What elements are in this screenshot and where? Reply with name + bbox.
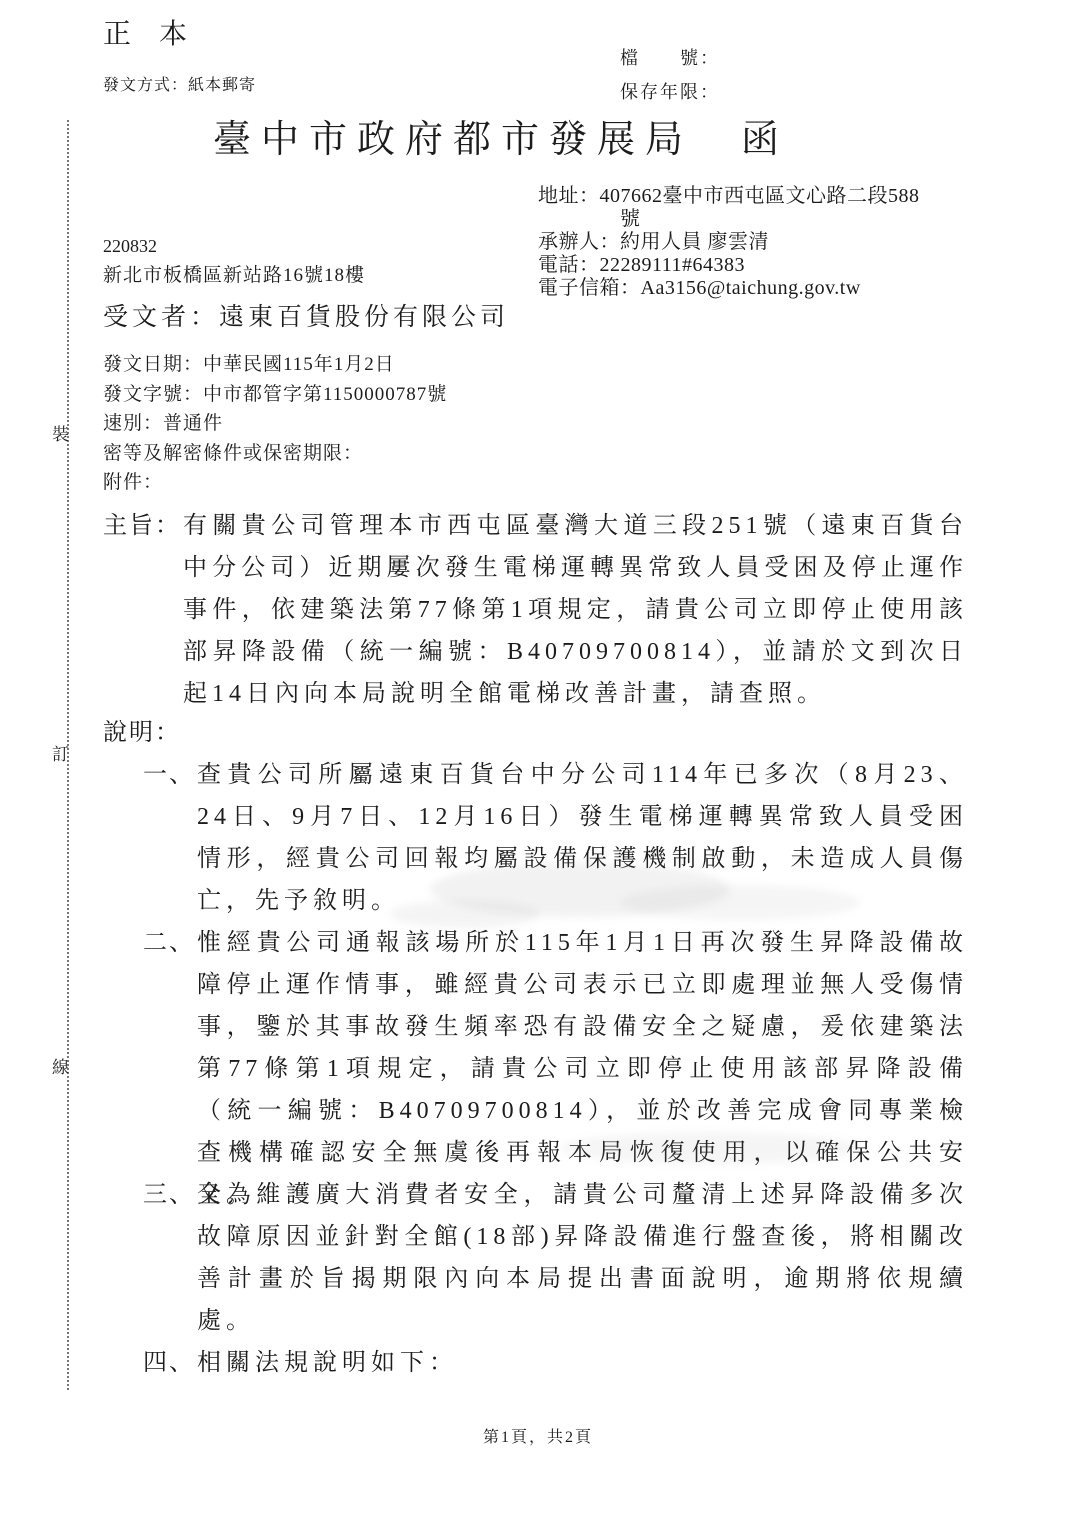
document-meta-block: 發文日期：中華民國115年1月2日 發文字號：中市都管字第1150000787號… <box>103 350 447 498</box>
retention-period-label: 保存年限： <box>620 78 720 104</box>
item-number: 二、 <box>143 922 195 964</box>
subject-label: 主旨： <box>103 505 181 547</box>
dispatch-number-line: 發文字號：中市都管字第1150000787號 <box>103 380 447 410</box>
dispatch-method-line: 發文方式：紙本郵寄 <box>103 72 256 95</box>
binding-mark-xian: 線 <box>52 1053 69 1078</box>
file-number-label: 檔 號： <box>620 44 720 70</box>
binding-mark-zhuang: 裝 <box>52 420 69 445</box>
agency-address: 地址：407662臺中市西屯區文心路二段588 號 <box>538 185 938 231</box>
scan-artifact <box>390 900 540 928</box>
recipient-name-line: 受文者：遠東百貨股份有限公司 <box>103 297 509 333</box>
agency-email: 電子信箱：Aa3156@taichung.gov.tw <box>538 277 938 300</box>
security-classification-line: 密等及解密條件或保密期限： <box>103 439 447 469</box>
scan-artifact <box>560 1132 860 1164</box>
item-text: 惟經貴公司通報該場所於115年1月1日再次發生昇降設備故障停止運作情事，雖經貴公… <box>197 922 968 1216</box>
item-text: 又為維護廣大消費者安全，請貴公司釐清上述昇降設備多次故障原因並針對全館(18部)… <box>197 1174 968 1342</box>
item-text: 相關法規說明如下： <box>197 1342 968 1384</box>
dispatch-date-line: 發文日期：中華民國115年1月2日 <box>103 350 447 380</box>
attachment-line: 附件： <box>103 468 447 498</box>
page-number-indicator: 第1頁，共2頁 <box>0 1424 1076 1447</box>
explanation-item-4: 四、 相關法規說明如下： <box>143 1342 968 1384</box>
agency-contact-block: 地址：407662臺中市西屯區文心路二段588 號 承辦人：約用人員 廖雲清 電… <box>538 185 938 300</box>
explanation-item-2: 二、 惟經貴公司通報該場所於115年1月1日再次發生昇降設備故障停止運作情事，雖… <box>143 922 968 1216</box>
item-number: 三、 <box>143 1174 195 1216</box>
official-letter-page: 裝 訂 線 正 本 發文方式：紙本郵寄 檔 號： 保存年限： 臺中市政府都市發展… <box>0 0 1076 1520</box>
explanation-label: 說明： <box>103 712 181 747</box>
subject-section: 主旨： 有關貴公司管理本市西屯區臺灣大道三段251號（遠東百貨台中分公司）近期屢… <box>103 505 968 715</box>
agency-contact-person: 承辦人：約用人員 廖雲清 <box>538 231 938 254</box>
recipient-postal-code: 220832 <box>103 236 157 257</box>
recipient-address: 新北市板橋區新站路16號18樓 <box>103 260 365 287</box>
document-title: 臺中市政府都市發展局 函 <box>213 108 789 163</box>
scan-artifact <box>620 885 860 920</box>
item-number: 四、 <box>143 1342 195 1384</box>
item-number: 一、 <box>143 754 195 796</box>
binding-mark-ding: 訂 <box>52 740 69 765</box>
agency-phone: 電話：22289111#64383 <box>538 254 938 277</box>
subject-text: 有關貴公司管理本市西屯區臺灣大道三段251號（遠東百貨台中分公司）近期屢次發生電… <box>183 505 968 715</box>
explanation-item-3: 三、 又為維護廣大消費者安全，請貴公司釐清上述昇降設備多次故障原因並針對全館(1… <box>143 1174 968 1342</box>
priority-line: 速別：普通件 <box>103 409 447 439</box>
copy-type-label: 正 本 <box>103 12 187 52</box>
